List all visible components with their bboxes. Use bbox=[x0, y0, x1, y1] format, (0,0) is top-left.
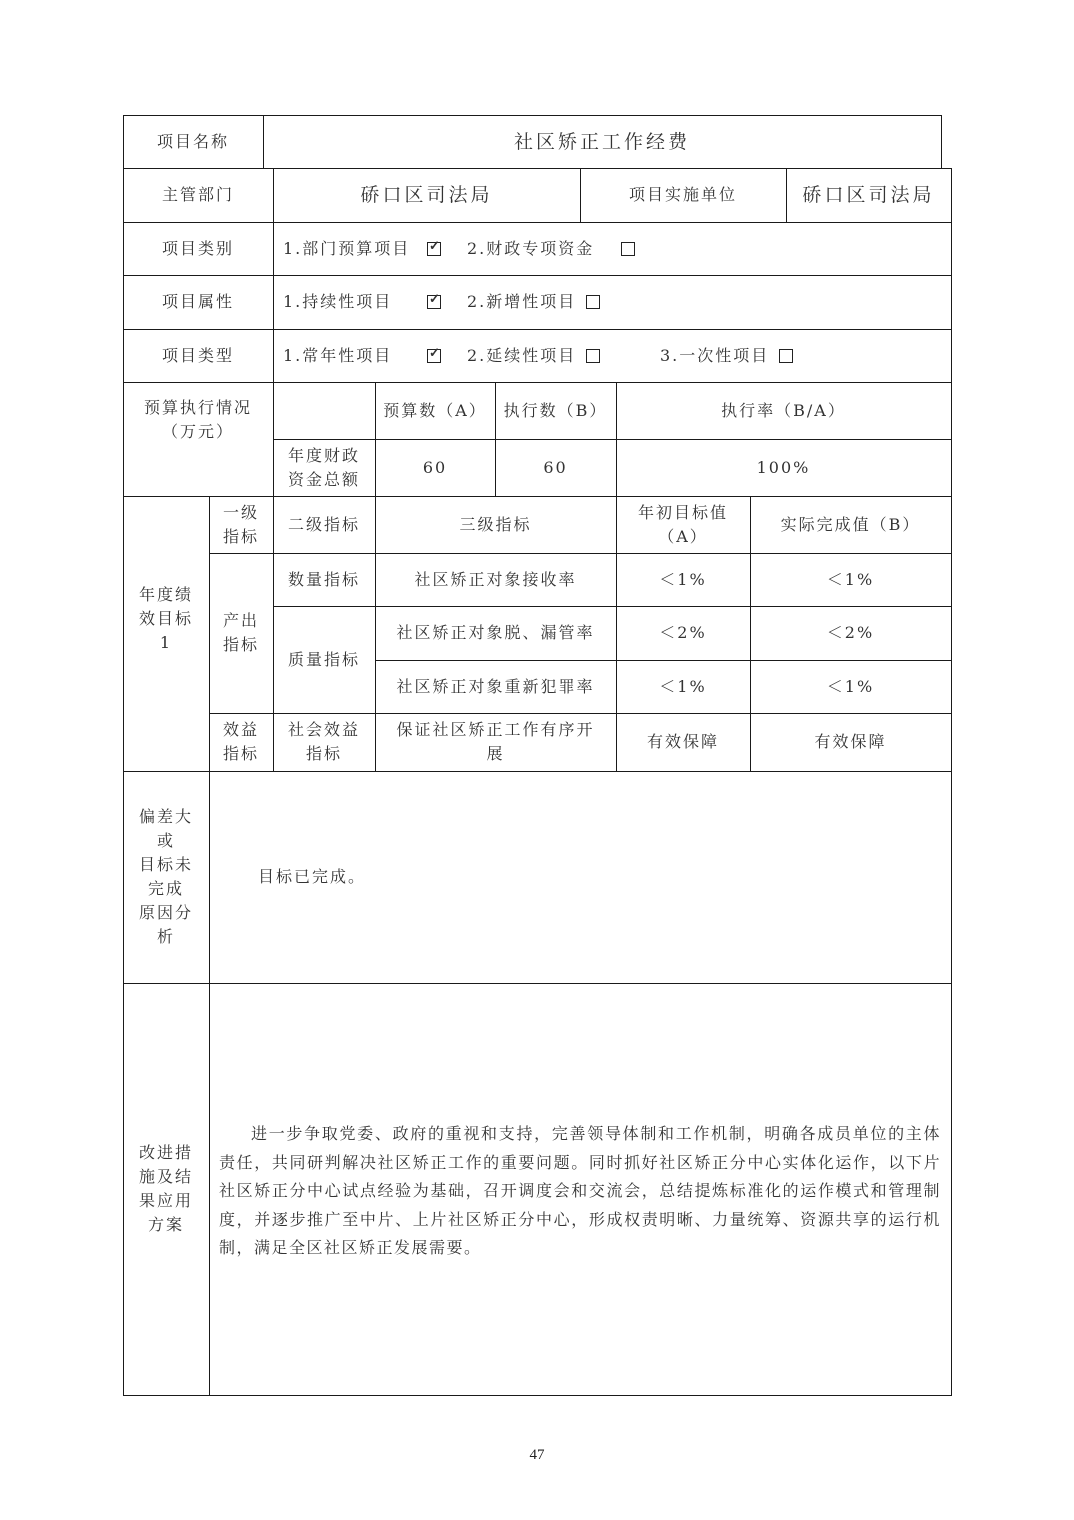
improvement-label: 改进措 施及结 果应用 方案 bbox=[123, 983, 209, 1395]
attribute-option-1: 1.持续性项目 bbox=[283, 290, 445, 314]
budget-label-line2: （万元） bbox=[162, 420, 234, 444]
performance-label-line1: 年度绩 bbox=[139, 583, 193, 607]
header-target-line2: （A） bbox=[658, 525, 708, 549]
deviation-label-line: 偏差大 bbox=[139, 805, 193, 829]
budget-header-rate: 执行率（B/A） bbox=[616, 382, 951, 439]
header-target: 年初目标值 （A） bbox=[616, 496, 750, 553]
type-option-3: 3.一次性项目 bbox=[660, 344, 797, 368]
page-number: 47 bbox=[0, 1447, 1074, 1464]
category-option-2: 2.财政专项资金 bbox=[467, 237, 639, 261]
row-actual: ＜1% bbox=[750, 660, 951, 713]
attribute-option-2: 2.新增性项目 bbox=[467, 290, 604, 314]
deviation-label: 偏差大 或 目标未 完成 原因分 析 bbox=[123, 771, 209, 983]
checkbox-unchecked-icon[interactable] bbox=[586, 349, 600, 363]
deviation-label-line: 析 bbox=[157, 925, 175, 949]
row-actual: ＜2% bbox=[750, 606, 951, 660]
checkbox-unchecked-icon[interactable] bbox=[586, 295, 600, 309]
dept-value: 硚口区司法局 bbox=[273, 168, 580, 222]
type-label: 项目类型 bbox=[123, 329, 273, 382]
option-text: 1.常年性项目 bbox=[283, 344, 423, 368]
header-level3: 三级指标 bbox=[375, 496, 616, 553]
type-option-1: 1.常年性项目 bbox=[283, 344, 445, 368]
impl-label: 项目实施单位 bbox=[580, 168, 786, 222]
option-text: 3.一次性项目 bbox=[660, 344, 775, 368]
benefit-label-line2: 指标 bbox=[223, 742, 259, 766]
row-target: ＜1% bbox=[616, 660, 750, 713]
improvement-label-line: 方案 bbox=[148, 1213, 184, 1237]
budget-label: 预算执行情况 （万元） bbox=[123, 390, 273, 450]
project-name-label: 项目名称 bbox=[123, 115, 263, 168]
row-level3: 保证社区矫正工作有序开 展 bbox=[375, 713, 616, 771]
performance-label-line2: 效目标 bbox=[139, 607, 193, 631]
executed-value: 60 bbox=[495, 439, 616, 496]
row-actual: ＜1% bbox=[750, 553, 951, 606]
budget-row-label-line2: 资金总额 bbox=[288, 468, 360, 492]
row-level3: 社区矫正对象重新犯罪率 bbox=[375, 660, 616, 713]
checkbox-checked-icon[interactable] bbox=[427, 349, 441, 363]
row-level3-line1: 保证社区矫正工作有序开 bbox=[396, 718, 594, 742]
row-level3: 社区矫正对象接收率 bbox=[375, 553, 616, 606]
checkbox-checked-icon[interactable] bbox=[427, 295, 441, 309]
row-level2: 质量指标 bbox=[273, 606, 375, 713]
type-options: 1.常年性项目 2.延续性项目 3.一次性项目 bbox=[283, 329, 943, 382]
attribute-label: 项目属性 bbox=[123, 275, 273, 329]
header-target-line1: 年初目标值 bbox=[638, 501, 728, 525]
option-text: 2.财政专项资金 bbox=[467, 237, 617, 261]
header-level2: 二级指标 bbox=[273, 496, 375, 553]
performance-label-line3: 1 bbox=[160, 631, 172, 655]
performance-label: 年度绩 效目标 1 bbox=[123, 496, 209, 771]
deviation-content: 目标已完成。 bbox=[258, 771, 938, 983]
option-text: 1.持续性项目 bbox=[283, 290, 423, 314]
header-level1-line1: 一级 bbox=[223, 501, 259, 525]
row-target: 有效保障 bbox=[616, 713, 750, 771]
deviation-label-line: 完成 bbox=[148, 877, 184, 901]
row-actual: 有效保障 bbox=[750, 713, 951, 771]
category-label: 项目类别 bbox=[123, 222, 273, 275]
budget-header-a: 预算数（A） bbox=[375, 382, 495, 439]
improvement-label-line: 改进措 bbox=[139, 1141, 193, 1165]
budget-row-label-line1: 年度财政 bbox=[288, 444, 360, 468]
deviation-label-line: 或 bbox=[157, 829, 175, 853]
row-level3-line2: 展 bbox=[486, 742, 504, 766]
type-option-2: 2.延续性项目 bbox=[467, 344, 652, 368]
benefit-indicator-label: 效益 指标 bbox=[209, 713, 273, 771]
deviation-label-line: 目标未 bbox=[139, 853, 193, 877]
project-name-value: 社区矫正工作经费 bbox=[263, 115, 941, 168]
improvement-label-line: 果应用 bbox=[139, 1189, 193, 1213]
checkbox-checked-icon[interactable] bbox=[427, 242, 441, 256]
header-level1: 一级 指标 bbox=[209, 496, 273, 553]
row-level2: 社会效益 指标 bbox=[273, 713, 375, 771]
row-level2-line2: 指标 bbox=[306, 742, 342, 766]
row-level3: 社区矫正对象脱、漏管率 bbox=[375, 606, 616, 660]
rate-value: 100% bbox=[616, 439, 951, 496]
row-target: ＜2% bbox=[616, 606, 750, 660]
header-level1-line2: 指标 bbox=[223, 525, 259, 549]
category-option-1: 1.部门预算项目 bbox=[283, 237, 445, 261]
budget-label-line1: 预算执行情况 bbox=[144, 396, 252, 420]
checkbox-unchecked-icon[interactable] bbox=[621, 242, 635, 256]
row-level2: 数量指标 bbox=[273, 553, 375, 606]
option-text: 1.部门预算项目 bbox=[283, 237, 423, 261]
header-actual: 实际完成值（B） bbox=[750, 496, 951, 553]
row-level2-line1: 社会效益 bbox=[288, 718, 360, 742]
dept-label: 主管部门 bbox=[123, 168, 273, 222]
budget-row-label: 年度财政 资金总额 bbox=[273, 439, 375, 496]
improvement-content: 进一步争取党委、政府的重视和支持，完善领导体制和工作机制，明确各成员单位的主体责… bbox=[219, 1120, 941, 1263]
output-indicator-label: 产出 指标 bbox=[209, 553, 273, 713]
option-text: 2.延续性项目 bbox=[467, 344, 582, 368]
deviation-label-line: 原因分 bbox=[139, 901, 193, 925]
impl-value: 硚口区司法局 bbox=[786, 168, 951, 222]
category-options: 1.部门预算项目 2.财政专项资金 bbox=[283, 222, 943, 275]
benefit-label-line1: 效益 bbox=[223, 718, 259, 742]
attribute-options: 1.持续性项目 2.新增性项目 bbox=[283, 275, 943, 329]
row-target: ＜1% bbox=[616, 553, 750, 606]
budget-header-b: 执行数（B） bbox=[495, 382, 616, 439]
output-label-line2: 指标 bbox=[223, 633, 259, 657]
improvement-label-line: 施及结 bbox=[139, 1165, 193, 1189]
output-label-line1: 产出 bbox=[223, 609, 259, 633]
checkbox-unchecked-icon[interactable] bbox=[779, 349, 793, 363]
budget-value: 60 bbox=[375, 439, 495, 496]
option-text: 2.新增性项目 bbox=[467, 290, 582, 314]
